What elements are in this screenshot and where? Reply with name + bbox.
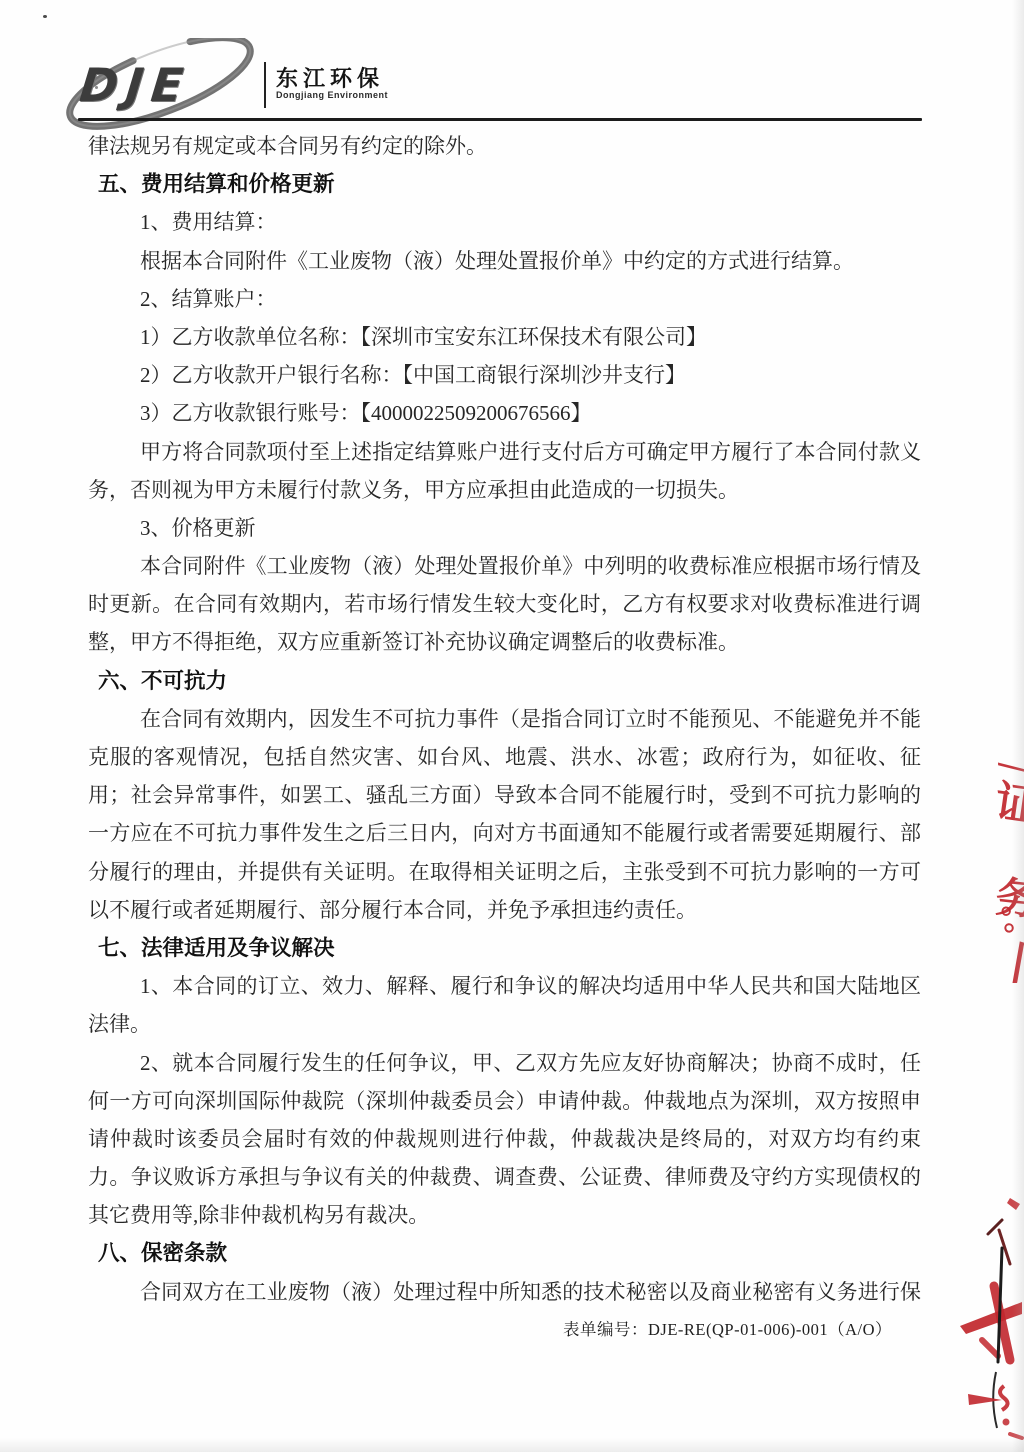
contract-line: 1、本合同的订立、效力、解释、履行和争议的解决均适用中华人民共和国大陆地区: [88, 967, 921, 1005]
logo-company-name-cn: 东江环保: [276, 62, 384, 93]
contract-line: 分履行的理由，并提供有关证明。在取得相关证明之后，主张受到不可抗力影响的一方可: [88, 853, 921, 891]
contract-line: 克服的客观情况，包括自然灾害、如台风、地震、洪水、冰雹；政府行为，如征收、征: [88, 738, 921, 776]
section-heading: 七、法律适用及争议解决: [88, 929, 921, 967]
contract-line: 1）乙方收款单位名称：【深圳市宝安东江环保技术有限公司】: [88, 318, 921, 356]
contract-line: 请仲裁时该委员会届时有效的仲裁规则进行仲裁，仲裁裁决是终局的，对双方均有约束: [88, 1120, 921, 1158]
contract-body: 律法规另有规定或本合同另有约定的除外。 五、费用结算和价格更新 1、费用结算： …: [88, 127, 921, 1311]
contract-page: DJE 东江环保 Dongjiang Environment 律法规另有规定或本…: [0, 0, 1024, 1452]
contract-line: 2）乙方收款开户银行名称：【中国工商银行深圳沙井支行】: [88, 356, 921, 394]
scan-speck: [43, 15, 47, 18]
contract-line: 甲方将合同款项付至上述指定结算账户进行支付后方可确定甲方履行了本合同付款义: [88, 433, 921, 471]
contract-line: 3、价格更新: [88, 509, 921, 547]
contract-line: 用；社会异常事件，如罢工、骚乱三方面）导致本合同不能履行时，受到不可抗力影响的: [88, 776, 921, 814]
contract-line: 务，否则视为甲方未履行付款义务，甲方应承担由此造成的一切损失。: [88, 471, 921, 509]
contract-line: 本合同附件《工业废物（液）处理处置报价单》中列明的收费标准应根据市场行情及: [88, 547, 921, 585]
header-rule: [78, 118, 922, 121]
scan-edge-shade: [0, 1438, 1024, 1452]
company-logo: DJE 东江环保 Dongjiang Environment: [62, 46, 322, 118]
contract-line: 时更新。在合同有效期内，若市场行情发生较大变化时，乙方有权要求对收费标准进行调: [88, 585, 921, 623]
section-heading: 六、不可抗力: [88, 662, 921, 700]
logo-divider: [264, 62, 266, 108]
contract-line: 法律。: [88, 1005, 921, 1043]
contract-line: 律法规另有规定或本合同另有约定的除外。: [88, 127, 921, 165]
contract-line: 1、费用结算：: [88, 203, 921, 241]
contract-line: 何一方可向深圳国际仲裁院（深圳仲裁委员会）申请仲裁。仲裁地点为深圳，双方按照申: [88, 1082, 921, 1120]
section-heading: 五、费用结算和价格更新: [88, 165, 921, 203]
contract-line: 以不履行或者延期履行、部分履行本合同，并免予承担违约责任。: [88, 891, 921, 929]
form-number: 表单编号：DJE-RE(QP-01-006)-001（A/O）: [563, 1316, 892, 1340]
scan-edge-shade: [1012, 0, 1024, 1452]
contract-line: 整，甲方不得拒绝，双方应重新签订补充协议确定调整后的收费标准。: [88, 623, 921, 661]
contract-line: 在合同有效期内，因发生不可抗力事件（是指合同订立时不能预见、不能避免并不能: [88, 700, 921, 738]
contract-line: 根据本合同附件《工业废物（液）处理处置报价单》中约定的方式进行结算。: [88, 242, 921, 280]
contract-line: 力。争议败诉方承担与争议有关的仲裁费、调查费、公证费、律师费及守约方实现债权的: [88, 1158, 921, 1196]
scan-speck: [95, 86, 98, 89]
contract-line: 2、结算账户：: [88, 280, 921, 318]
logo-company-name-en: Dongjiang Environment: [276, 90, 388, 100]
contract-line: 其它费用等,除非仲裁机构另有裁决。: [88, 1196, 921, 1234]
contract-line: 合同双方在工业废物（液）处理过程中所知悉的技术秘密以及商业秘密有义务进行保: [88, 1273, 921, 1311]
contract-line: 2、就本合同履行发生的任何争议，甲、乙双方先应友好协商解决；协商不成时，任: [88, 1044, 921, 1082]
section-heading: 八、保密条款: [88, 1234, 921, 1272]
contract-line: 3）乙方收款银行账号：【4000022509200676566】: [88, 394, 921, 432]
contract-line: 一方应在不可抗力事件发生之后三日内，向对方书面通知不能履行或者需要延期履行、部: [88, 814, 921, 852]
logo-letters: DJE: [78, 62, 194, 108]
